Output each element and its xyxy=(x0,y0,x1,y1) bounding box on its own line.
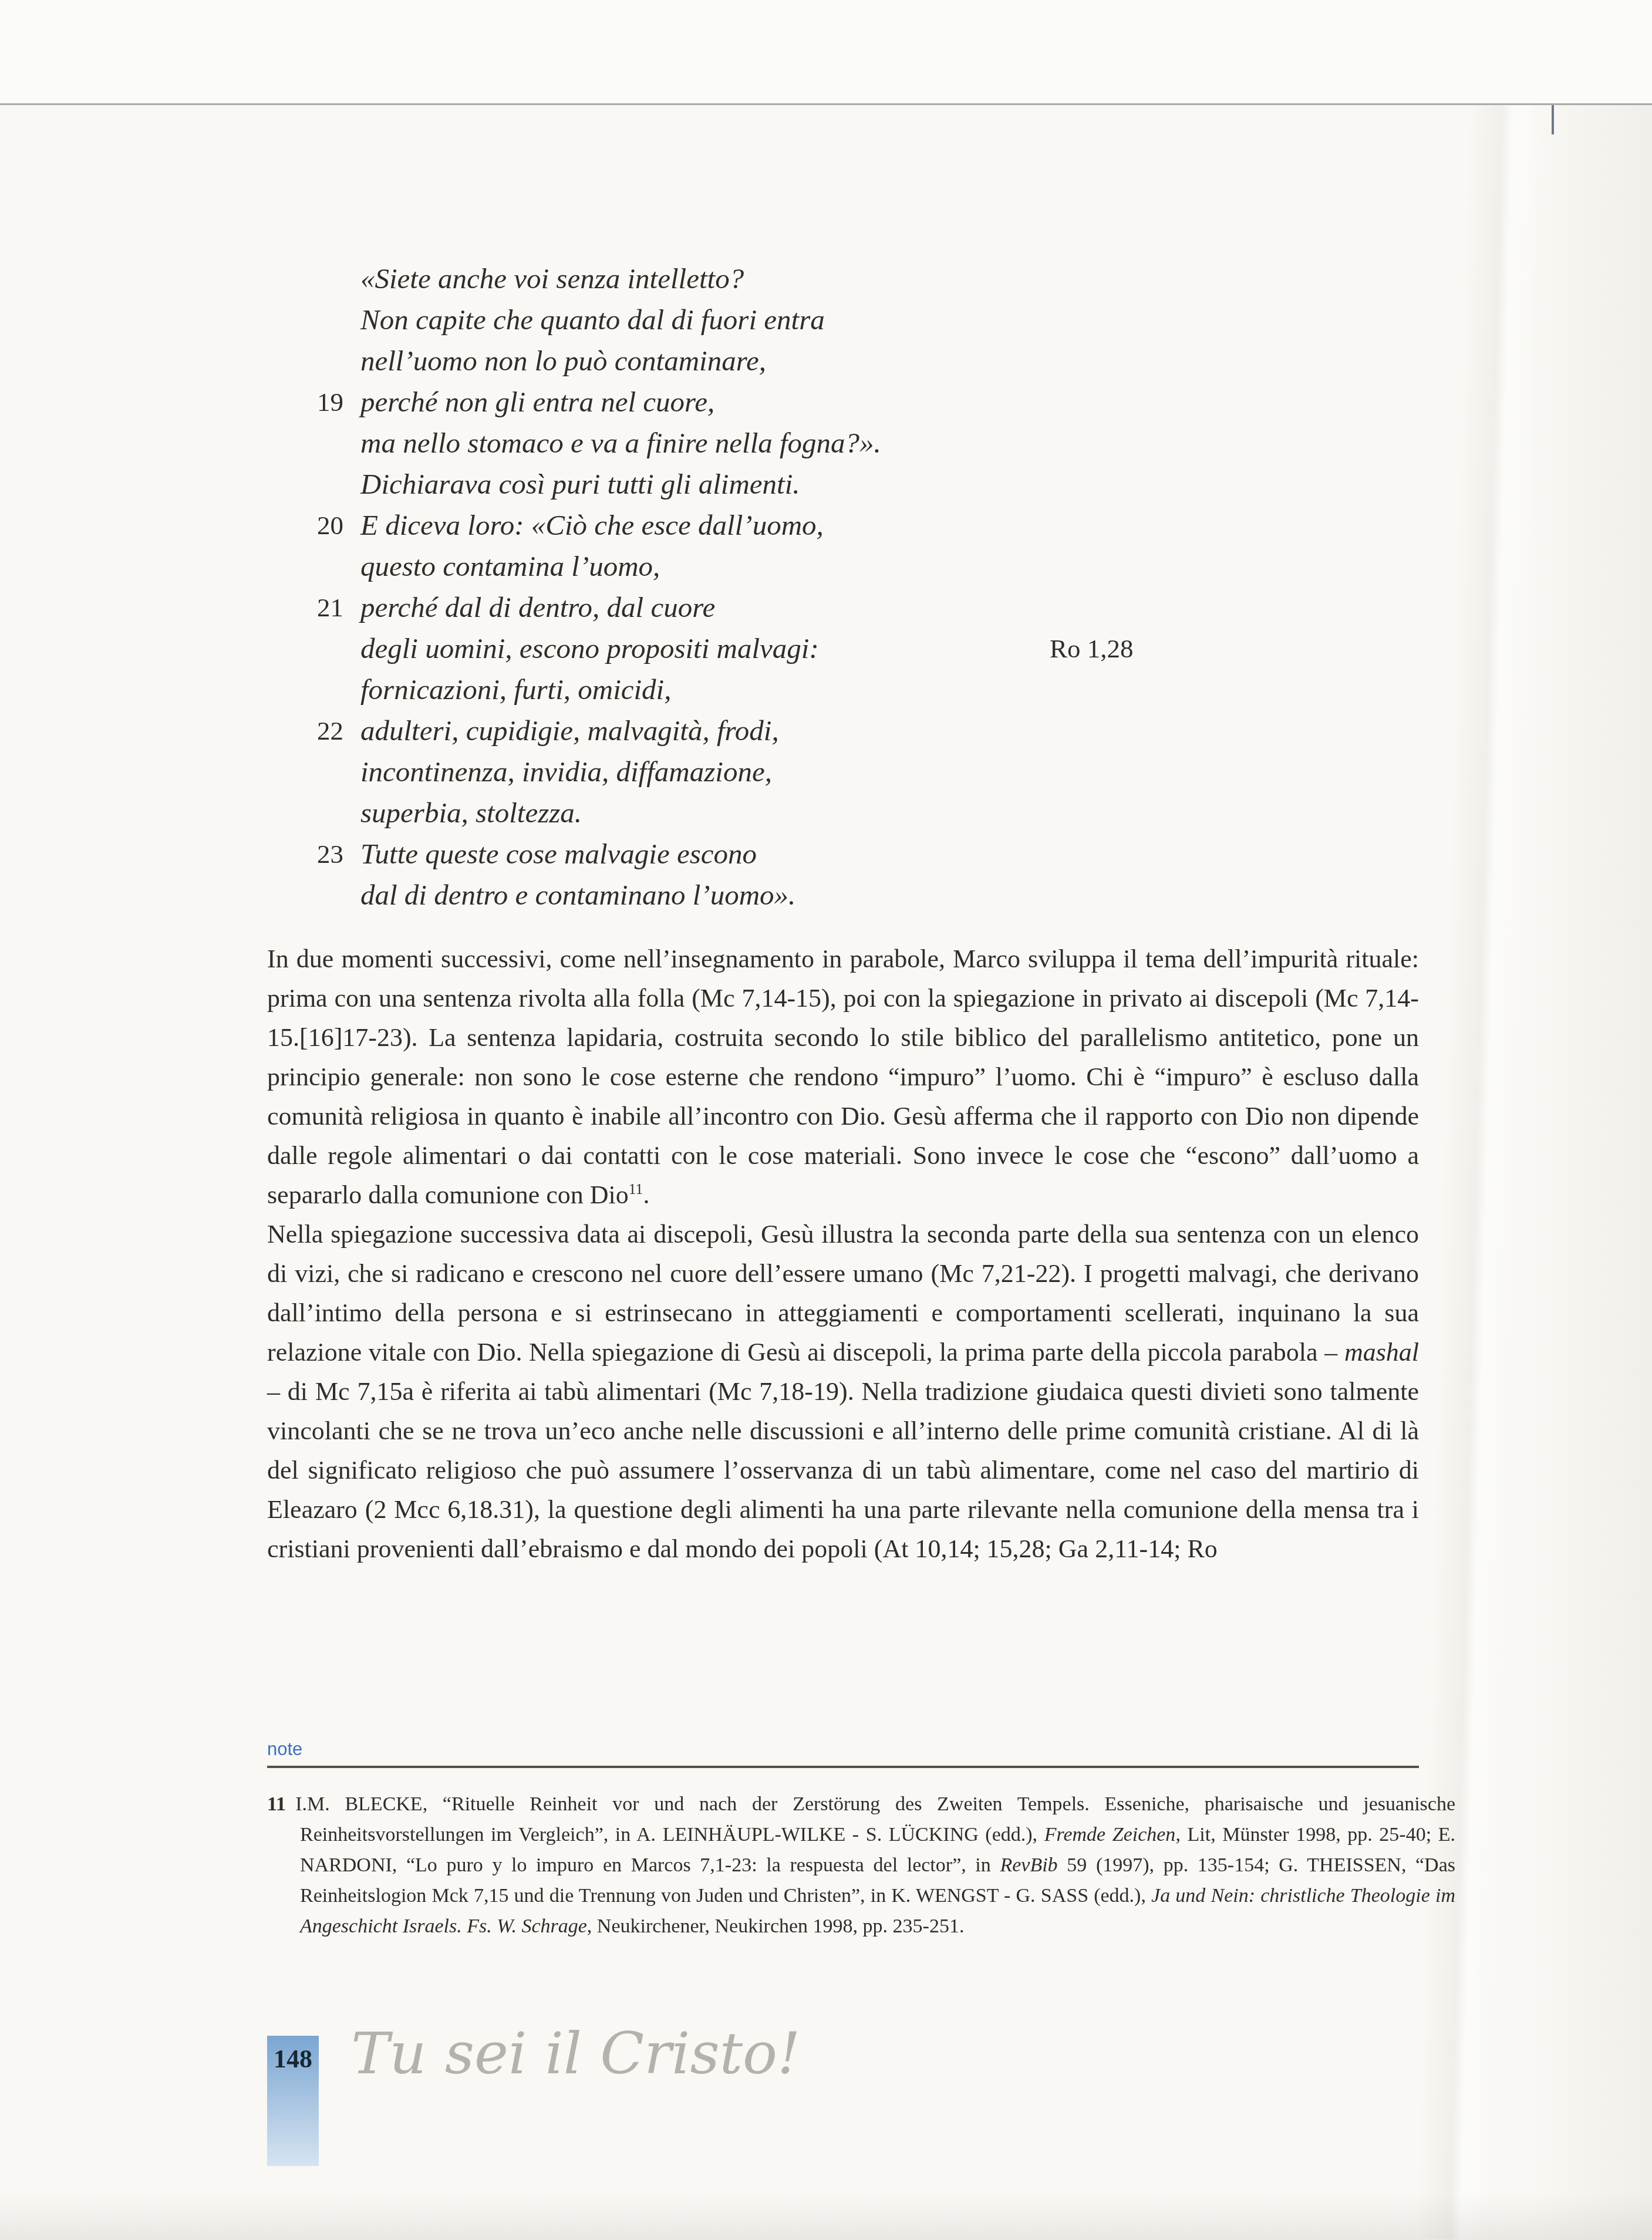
verse-number xyxy=(317,258,360,299)
footnote-11: 11I.M. BLECKE, “Rituelle Reinheit vor un… xyxy=(267,1789,1455,1942)
paragraph-2: Nella spiegazione successiva data ai dis… xyxy=(267,1215,1419,1568)
verse-line-text: adulteri, cupidigie, malvagità, frodi, xyxy=(360,710,779,751)
quote-line: nell’uomo non lo può contaminare, xyxy=(317,340,1198,382)
quote-line: 20 E diceva loro: «Ciò che esce dall’uom… xyxy=(317,505,1198,546)
quote-line: 21 perché dal di dentro, dal cuore xyxy=(317,587,1198,628)
verse-number xyxy=(317,669,360,710)
verse-line-text: degli uomini, escono propositi malvagi: xyxy=(360,628,819,669)
verse-line-text: Tutte queste cose malvagie escono xyxy=(360,834,757,875)
notes-section-label: note xyxy=(267,1739,302,1760)
verse-number xyxy=(317,628,360,669)
verse-line-text: Dichiarava così puri tutti gli alimenti. xyxy=(360,464,800,505)
verse-number: 22 xyxy=(317,710,360,751)
verse-line-text: incontinenza, invidia, diffamazione, xyxy=(360,751,772,792)
bible-quote-block: «Siete anche voi senza intelletto? Non c… xyxy=(317,258,1198,916)
notes-divider-line xyxy=(267,1766,1419,1768)
verse-number: 20 xyxy=(317,505,360,546)
verse-number xyxy=(317,423,360,464)
verse-line-text: questo contamina l’uomo, xyxy=(360,546,660,587)
quote-line: fornicazioni, furti, omicidi, xyxy=(317,669,1198,710)
quote-line: Non capite che quanto dal di fuori entra xyxy=(317,299,1198,340)
footnote-number: 11 xyxy=(267,1793,286,1815)
verse-line-text: «Siete anche voi senza intelletto? xyxy=(360,258,744,299)
verse-line-text: ma nello stomaco e va a finire nella fog… xyxy=(360,423,881,464)
verse-number: 23 xyxy=(317,834,360,875)
quote-line: 22 adulteri, cupidigie, malvagità, frodi… xyxy=(317,710,1198,751)
footnote-text: I.M. BLECKE, “Rituelle Reinheit vor und … xyxy=(295,1793,1455,1937)
quote-line: Dichiarava così puri tutti gli alimenti. xyxy=(317,464,1198,505)
verse-line-text: fornicazioni, furti, omicidi, xyxy=(360,669,671,710)
quote-line: questo contamina l’uomo, xyxy=(317,546,1198,587)
page-edge-top xyxy=(0,103,1652,105)
verse-number xyxy=(317,546,360,587)
verse-number xyxy=(317,792,360,834)
margin-scripture-ref: Ro 1,28 xyxy=(1050,628,1134,669)
quote-line: dal di dentro e contaminano l’uomo». xyxy=(317,875,1198,916)
body-text: In due momenti successivi, come nell’ins… xyxy=(267,939,1419,1568)
quote-line: 23 Tutte queste cose malvagie escono xyxy=(317,834,1198,875)
verse-line-text: dal di dentro e contaminano l’uomo». xyxy=(360,875,795,916)
quote-line: «Siete anche voi senza intelletto? xyxy=(317,258,1198,299)
verse-line-text: E diceva loro: «Ciò che esce dall’uomo, xyxy=(360,505,824,546)
scan-background-top xyxy=(0,0,1652,103)
quote-line: incontinenza, invidia, diffamazione, xyxy=(317,751,1198,792)
page-number-bar: 148 xyxy=(267,2036,319,2166)
verse-number: 19 xyxy=(317,382,360,423)
paragraph-1: In due momenti successivi, come nell’ins… xyxy=(267,939,1419,1215)
verse-line-text: nell’uomo non lo può contaminare, xyxy=(360,340,766,382)
scan-shadow-bottom xyxy=(0,2193,1652,2240)
verse-number xyxy=(317,464,360,505)
verse-number xyxy=(317,340,360,382)
verse-line-text: Non capite che quanto dal di fuori entra xyxy=(360,299,825,340)
verse-line-text: perché non gli entra nel cuore, xyxy=(360,382,714,423)
scanned-book-page: «Siete anche voi senza intelletto? Non c… xyxy=(0,0,1652,2240)
quote-line: 19 perché non gli entra nel cuore, xyxy=(317,382,1198,423)
verse-number xyxy=(317,299,360,340)
scan-shadow-right xyxy=(1529,103,1652,2240)
verse-number xyxy=(317,751,360,792)
quote-line: ma nello stomaco e va a finire nella fog… xyxy=(317,423,1198,464)
verse-number: 21 xyxy=(317,587,360,628)
quote-line: superbia, stoltezza. xyxy=(317,792,1198,834)
verse-line-text: superbia, stoltezza. xyxy=(360,792,582,834)
running-title: Tu sei il Cristo! xyxy=(351,2020,800,2087)
page-number: 148 xyxy=(267,2044,319,2074)
verse-number xyxy=(317,875,360,916)
verse-line-text: perché dal di dentro, dal cuore xyxy=(360,587,715,628)
